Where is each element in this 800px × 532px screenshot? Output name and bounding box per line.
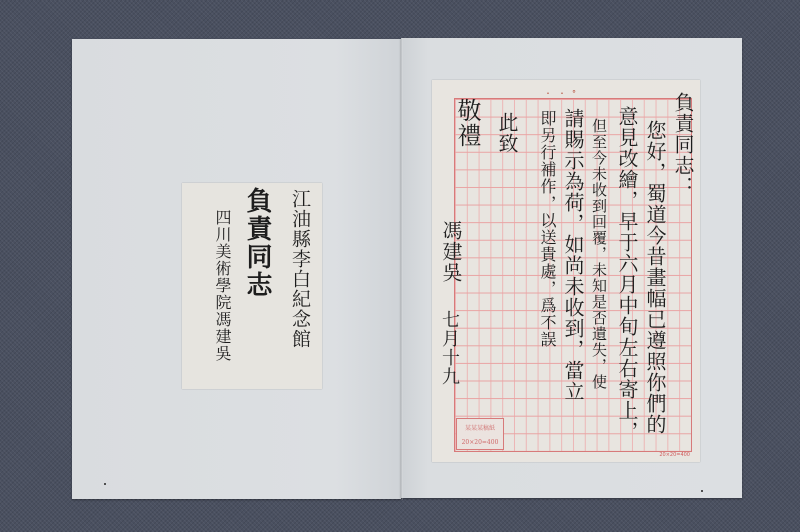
handwritten-letter: ・・° 某某某稿紙 20×20=400 20×20=400 負責同志： 您好，蜀… bbox=[432, 80, 700, 462]
envelope-address: 江油縣李白紀念館 bbox=[287, 189, 314, 349]
letter-column: 但至今未收到回覆，未知是否遺失，使 bbox=[586, 118, 612, 390]
envelope-sender: 四川美術學院馮建吳 bbox=[211, 209, 234, 362]
stamp-line: 某某某稿紙 bbox=[465, 423, 495, 432]
stamp-line: 20×20=400 bbox=[462, 439, 499, 446]
letter-column: 請賜示為荷，如尚未收到，當立 bbox=[558, 108, 588, 402]
dust-speck bbox=[701, 490, 703, 492]
envelope: 江油縣李白紀念館 負責同志 四川美術學院馮建吳 bbox=[182, 183, 322, 389]
document-folder: 江油縣李白紀念館 負責同志 四川美術學院馮建吳 ・・° 某某某稿紙 20×20=… bbox=[72, 38, 742, 500]
dust-speck bbox=[104, 483, 106, 485]
letter-column: 意見改繪，早于六月中旬左右寄上， bbox=[612, 106, 642, 442]
center-fold bbox=[401, 38, 403, 500]
letter-column: 您好，蜀道今昔畫幅已遵照你們的 bbox=[640, 120, 670, 435]
paper-stamp: 某某某稿紙 20×20=400 bbox=[456, 418, 504, 450]
letter-date: 七月十九 bbox=[434, 310, 464, 386]
letter-column: 此致 bbox=[492, 112, 522, 154]
grid-spec-label: 20×20=400 bbox=[659, 452, 690, 458]
envelope-recipient: 負責同志 bbox=[239, 187, 276, 299]
letter-signature: 馮建吳 bbox=[436, 220, 466, 283]
letter-column: 負責同志： bbox=[668, 92, 698, 197]
letter-column: 即另行補作，以送貴處，爲不誤 bbox=[534, 110, 560, 348]
letter-column: 敬禮 bbox=[452, 98, 482, 148]
folder-left-page: 江油縣李白紀念館 負責同志 四川美術學院馮建吳 bbox=[72, 39, 401, 499]
